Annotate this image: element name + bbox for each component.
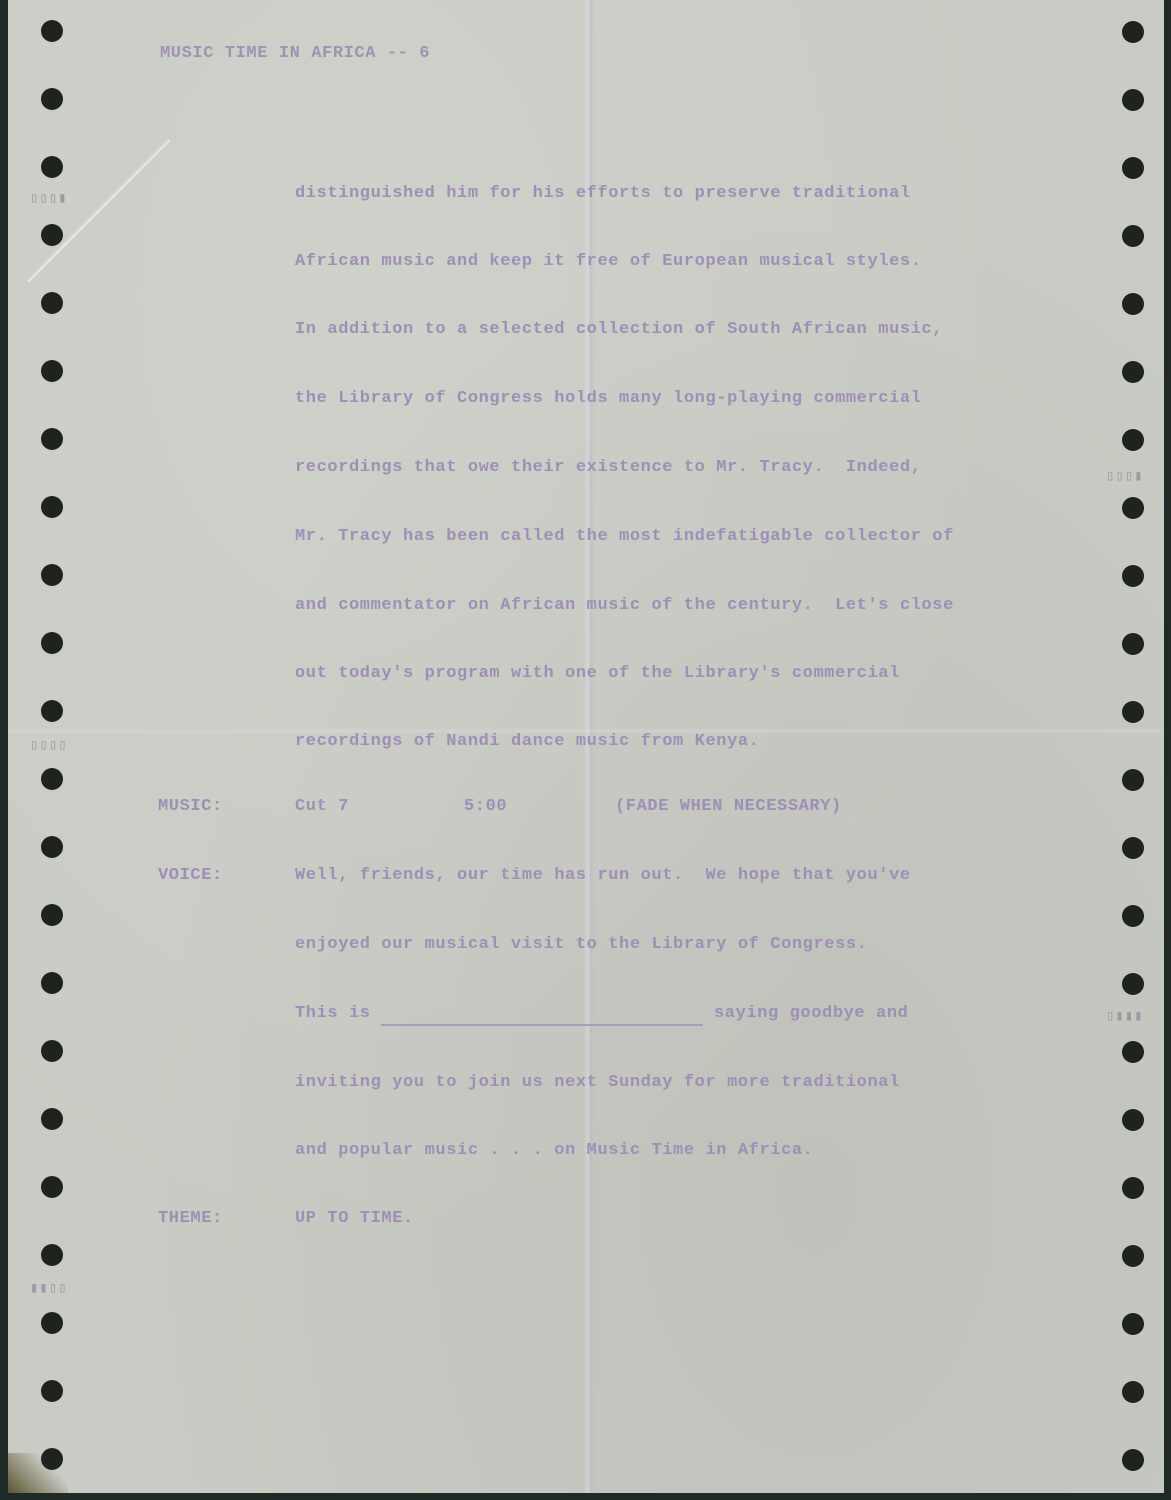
sprocket-hole-icon bbox=[41, 1108, 63, 1130]
sprocket-hole-icon bbox=[41, 156, 63, 178]
typewritten-script-page: ▯▯▯▮ ▯▯▯▯ ▮▮▯▯ ▯▯▯▮ ▯▮▮▮ MUSIC TIME IN A… bbox=[8, 0, 1164, 1493]
sprocket-hole-icon bbox=[1122, 1177, 1144, 1199]
perforation-mark-icon: ▯▮▮▮ bbox=[1106, 1008, 1144, 1024]
sprocket-hole-icon bbox=[41, 564, 63, 586]
sprocket-hole-icon bbox=[1122, 1041, 1144, 1063]
sprocket-hole-icon bbox=[1122, 769, 1144, 791]
sprocket-hole-icon bbox=[1122, 1449, 1144, 1471]
paragraph-line: In addition to a selected collection of … bbox=[295, 320, 943, 339]
sprocket-hole-icon bbox=[1122, 701, 1144, 723]
sprocket-hole-icon bbox=[1122, 361, 1144, 383]
sprocket-hole-icon bbox=[1122, 157, 1144, 179]
sprocket-hole-icon bbox=[41, 972, 63, 994]
sprocket-hole-icon bbox=[41, 1176, 63, 1198]
sprocket-hole-icon bbox=[41, 496, 63, 518]
voice-label: VOICE: bbox=[158, 866, 223, 885]
perforation-mark-icon: ▯▯▯▮ bbox=[1106, 468, 1144, 484]
sprocket-hole-icon bbox=[1122, 225, 1144, 247]
sprocket-hole-icon bbox=[1122, 1381, 1144, 1403]
theme-label: THEME: bbox=[158, 1209, 223, 1228]
sprocket-hole-icon bbox=[41, 904, 63, 926]
sprocket-hole-icon bbox=[41, 224, 63, 246]
paragraph-line: African music and keep it free of Europe… bbox=[295, 252, 922, 271]
sprocket-hole-icon bbox=[41, 292, 63, 314]
perforation-mark-icon: ▮▮▯▯ bbox=[30, 1280, 68, 1296]
music-note: (FADE WHEN NECESSARY) bbox=[615, 797, 842, 816]
announcer-name-blank bbox=[381, 1024, 703, 1026]
sprocket-hole-icon bbox=[1122, 497, 1144, 519]
theme-text: UP TO TIME. bbox=[295, 1209, 414, 1228]
voice-line: This is bbox=[295, 1004, 371, 1023]
sprocket-hole-icon bbox=[1122, 293, 1144, 315]
sprocket-hole-icon bbox=[41, 1448, 63, 1470]
perforation-mark-icon: ▯▯▯▯ bbox=[30, 737, 68, 753]
sprocket-hole-icon bbox=[41, 428, 63, 450]
sprocket-hole-icon bbox=[1122, 905, 1144, 927]
sprocket-hole-icon bbox=[1122, 89, 1144, 111]
sprocket-hole-icon bbox=[41, 88, 63, 110]
paragraph-line: distinguished him for his efforts to pre… bbox=[295, 184, 911, 203]
sprocket-hole-icon bbox=[1122, 1109, 1144, 1131]
sprocket-hole-icon bbox=[41, 1380, 63, 1402]
sprocket-hole-icon bbox=[41, 1312, 63, 1334]
sprocket-hole-icon bbox=[1122, 973, 1144, 995]
voice-line-suffix: saying goodbye and bbox=[714, 1004, 908, 1023]
sprocket-hole-icon bbox=[41, 1244, 63, 1266]
voice-line: enjoyed our musical visit to the Library… bbox=[295, 935, 868, 954]
paragraph-line: Mr. Tracy has been called the most indef… bbox=[295, 527, 954, 546]
music-cue-label: MUSIC: bbox=[158, 797, 223, 816]
sprocket-hole-icon bbox=[41, 632, 63, 654]
paragraph-line: the Library of Congress holds many long-… bbox=[295, 389, 922, 408]
perforation-mark-icon: ▯▯▯▮ bbox=[30, 190, 68, 206]
sprocket-hole-icon bbox=[1122, 1245, 1144, 1267]
sprocket-hole-icon bbox=[1122, 633, 1144, 655]
sprocket-hole-icon bbox=[1122, 429, 1144, 451]
page-header: MUSIC TIME IN AFRICA -- 6 bbox=[160, 44, 430, 63]
paragraph-line: out today's program with one of the Libr… bbox=[295, 664, 900, 683]
sprocket-hole-icon bbox=[41, 700, 63, 722]
sprocket-hole-icon bbox=[1122, 1313, 1144, 1335]
sprocket-hole-icon bbox=[41, 768, 63, 790]
sprocket-hole-icon bbox=[41, 20, 63, 42]
voice-line: inviting you to join us next Sunday for … bbox=[295, 1073, 900, 1092]
voice-line: Well, friends, our time has run out. We … bbox=[295, 866, 911, 885]
sprocket-hole-icon bbox=[1122, 21, 1144, 43]
sprocket-hole-icon bbox=[1122, 837, 1144, 859]
sprocket-hole-icon bbox=[1122, 565, 1144, 587]
voice-line: and popular music . . . on Music Time in… bbox=[295, 1141, 813, 1160]
paragraph-line: and commentator on African music of the … bbox=[295, 596, 954, 615]
sprocket-hole-icon bbox=[41, 1040, 63, 1062]
paragraph-line: recordings of Nandi dance music from Ken… bbox=[295, 732, 759, 751]
sprocket-hole-icon bbox=[41, 360, 63, 382]
music-cut: Cut 7 bbox=[295, 797, 349, 816]
sprocket-hole-icon bbox=[41, 836, 63, 858]
music-duration: 5:00 bbox=[464, 797, 507, 816]
paragraph-line: recordings that owe their existence to M… bbox=[295, 458, 922, 477]
